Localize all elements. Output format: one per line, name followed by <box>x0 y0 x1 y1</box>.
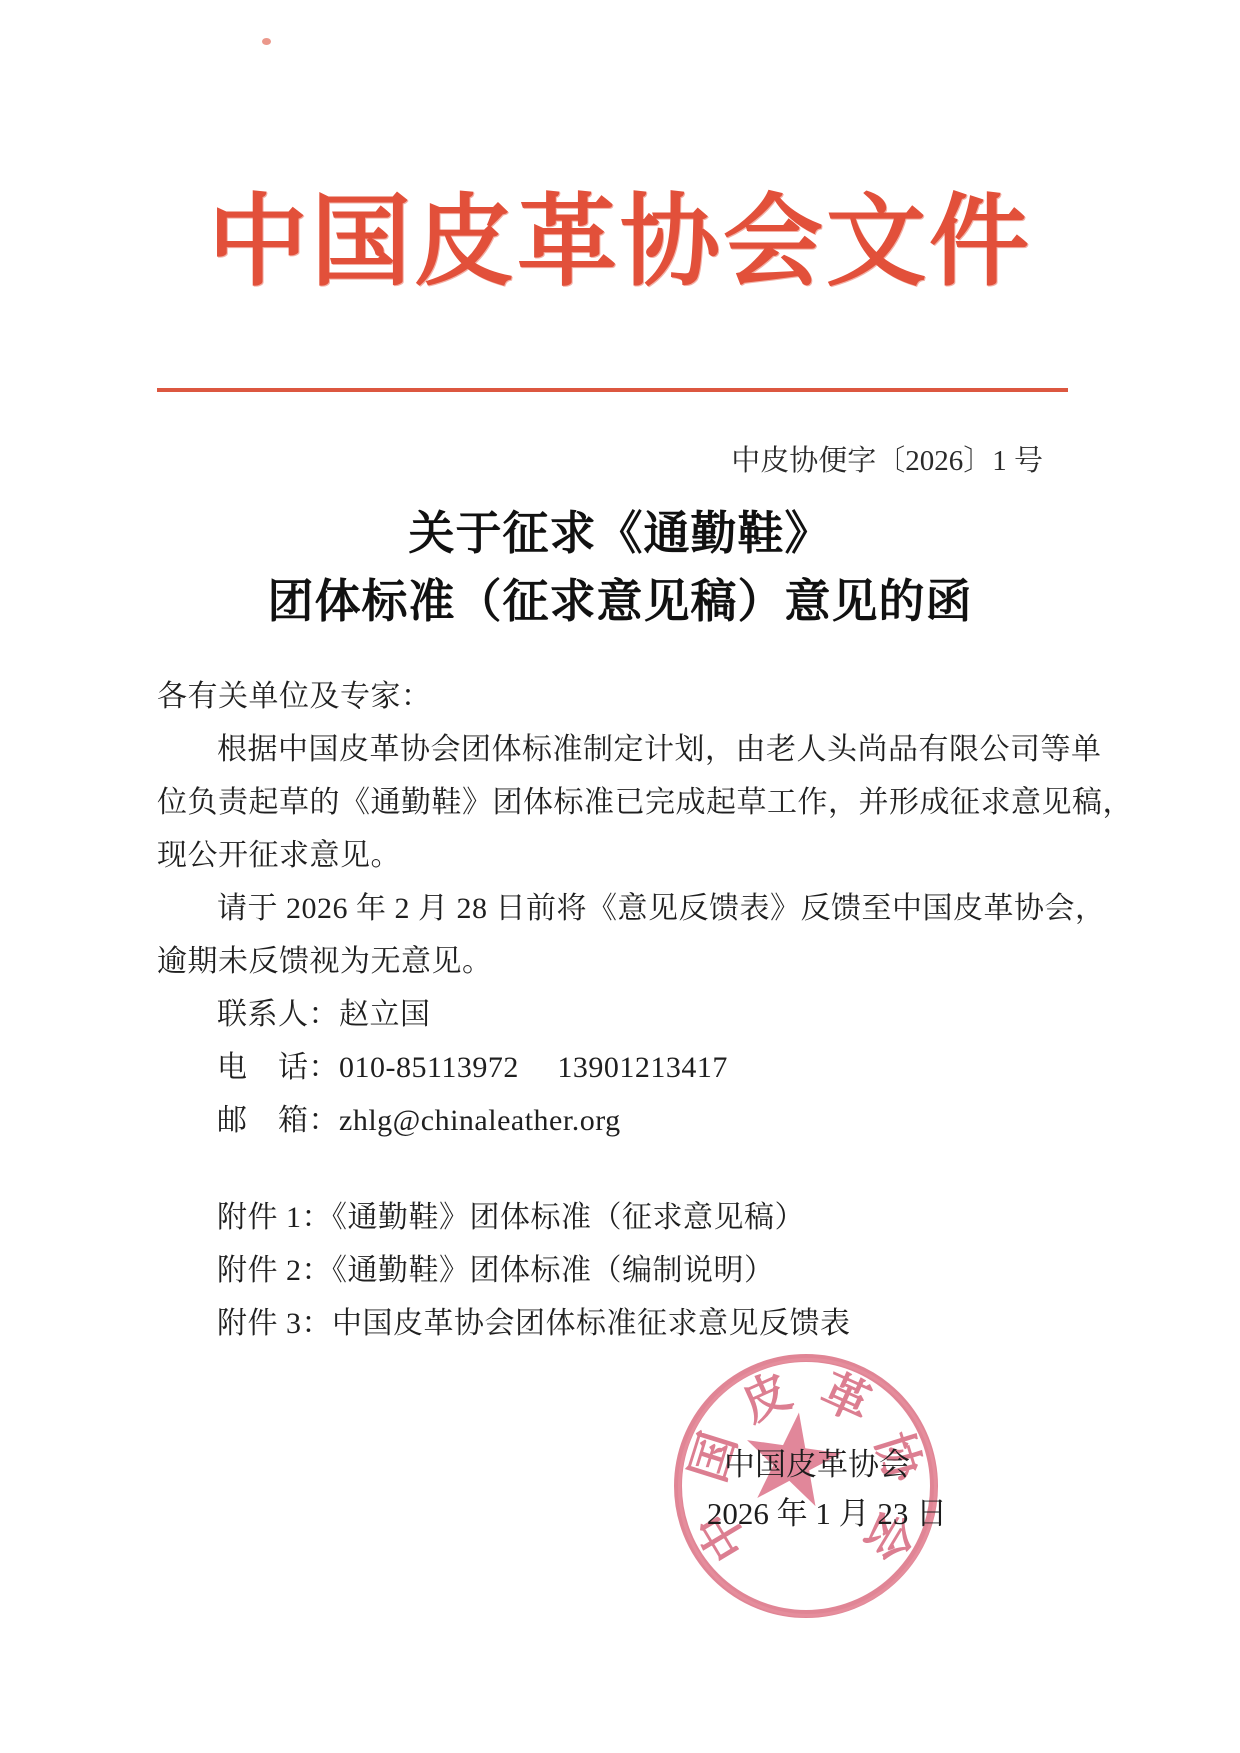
scan-speck <box>262 38 271 45</box>
official-seal: 中 国 皮 革 协 会 <box>656 1336 956 1636</box>
signature-date: 2026 年 1 月 23 日 <box>677 1497 977 1531</box>
masthead-rule <box>157 388 1068 392</box>
contact-email: 邮 箱：zhlg@chinaleather.org <box>157 1094 1097 1147</box>
paragraph2-line: 逾期未反馈视为无意见。 <box>157 935 1097 988</box>
paragraph2-line: 请于 2026 年 2 月 28 日前将《意见反馈表》反馈至中国皮革协会， <box>157 882 1097 935</box>
masthead-org-title: 中国皮革协会文件 <box>0 188 1240 298</box>
attachment-list: 附件 1：《通勤鞋》团体标准（征求意见稿） 附件 2：《通勤鞋》团体标准（编制说… <box>157 1191 1097 1350</box>
salutation: 各有关单位及专家： <box>157 670 1097 723</box>
paragraph1-line: 位负责起草的《通勤鞋》团体标准已完成起草工作，并形成征求意见稿， <box>157 776 1097 829</box>
attachment-item: 附件 3：中国皮革协会团体标准征求意见反馈表 <box>157 1297 1097 1350</box>
subject-title-line1: 关于征求《通勤鞋》 <box>0 500 1240 568</box>
subject-title: 关于征求《通勤鞋》 团体标准（征求意见稿）意见的函 <box>0 500 1240 636</box>
contact-person: 联系人：赵立国 <box>157 988 1097 1041</box>
document-page: 中国皮革协会文件 中皮协便字〔2026〕1 号 关于征求《通勤鞋》 团体标准（征… <box>0 0 1240 1753</box>
subject-title-line2: 团体标准（征求意见稿）意见的函 <box>0 568 1240 636</box>
contact-phone: 电 话：010-85113972 13901213417 <box>157 1041 1097 1094</box>
signature-org: 中国皮革协会 <box>667 1448 967 1482</box>
document-number: 中皮协便字〔2026〕1 号 <box>731 444 1043 478</box>
attachment-item: 附件 2：《通勤鞋》团体标准（编制说明） <box>157 1244 1097 1297</box>
attachment-item: 附件 1：《通勤鞋》团体标准（征求意见稿） <box>157 1191 1097 1244</box>
letter-body: 各有关单位及专家： 根据中国皮革协会团体标准制定计划，由老人头尚品有限公司等单 … <box>157 670 1097 1147</box>
paragraph1-line: 根据中国皮革协会团体标准制定计划，由老人头尚品有限公司等单 <box>157 723 1097 776</box>
paragraph1-line: 现公开征求意见。 <box>157 829 1097 882</box>
